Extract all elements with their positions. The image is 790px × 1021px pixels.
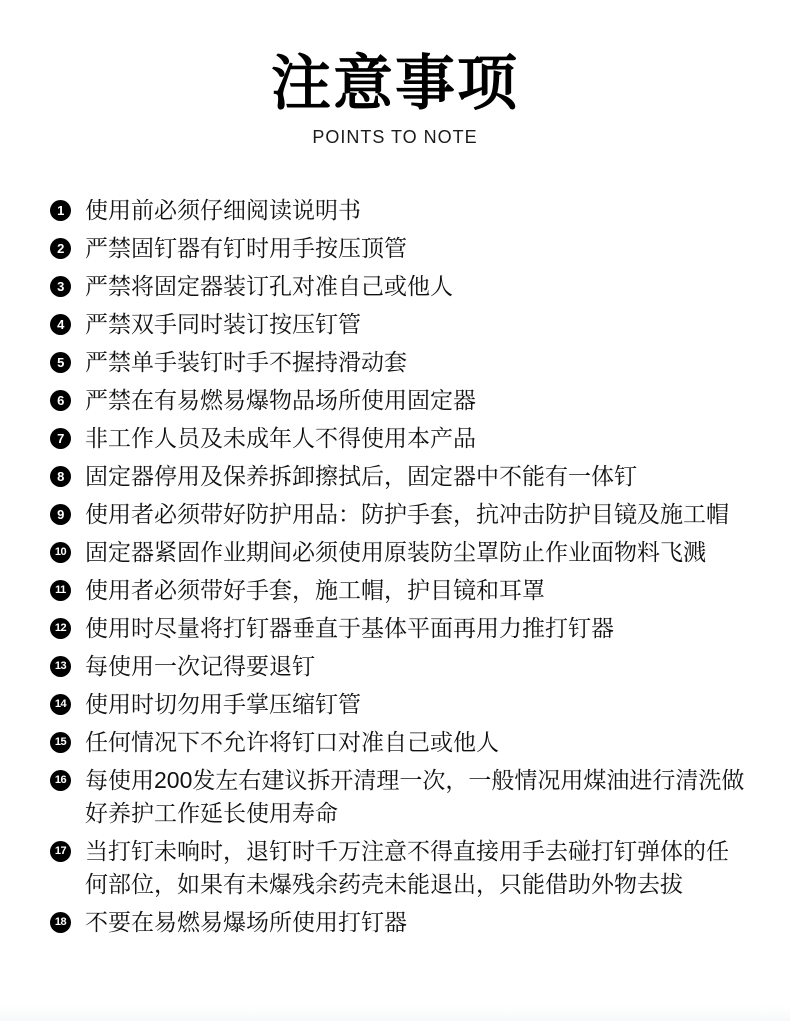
item-text: 非工作人员及未成年人不得使用本产品 bbox=[85, 422, 745, 455]
note-item: 1 使用前必须仔细阅读说明书 bbox=[50, 194, 745, 227]
item-text: 固定器紧固作业期间必须使用原装防尘罩防止作业面物料飞溅 bbox=[85, 536, 745, 569]
notice-page: 注意事项 POINTS TO NOTE 1 使用前必须仔细阅读说明书 2 严禁固… bbox=[0, 0, 790, 1021]
note-item: 13 每使用一次记得要退钉 bbox=[50, 650, 745, 683]
note-item: 16 每使用200发左右建议拆开清理一次，一般情况用煤油进行清洗做好养护工作延长… bbox=[50, 764, 745, 830]
item-text: 使用前必须仔细阅读说明书 bbox=[85, 194, 745, 227]
item-text: 严禁双手同时装订按压钉管 bbox=[85, 308, 745, 341]
item-text: 严禁在有易燃易爆物品场所使用固定器 bbox=[85, 384, 745, 417]
item-number-badge: 18 bbox=[50, 912, 71, 933]
note-item: 6 严禁在有易燃易爆物品场所使用固定器 bbox=[50, 384, 745, 417]
item-text: 每使用一次记得要退钉 bbox=[85, 650, 745, 683]
item-text: 严禁将固定器装订孔对准自己或他人 bbox=[85, 270, 745, 303]
item-number-badge: 1 bbox=[50, 200, 71, 221]
note-item: 15 任何情况下不允许将钉口对准自己或他人 bbox=[50, 726, 745, 759]
note-item: 3 严禁将固定器装订孔对准自己或他人 bbox=[50, 270, 745, 303]
page-title: 注意事项 bbox=[0, 48, 790, 120]
item-number-badge: 3 bbox=[50, 276, 71, 297]
item-text: 每使用200发左右建议拆开清理一次，一般情况用煤油进行清洗做好养护工作延长使用寿… bbox=[85, 764, 745, 830]
item-number-badge: 11 bbox=[50, 580, 71, 601]
item-text: 严禁固钉器有钉时用手按压顶管 bbox=[85, 232, 745, 265]
item-number-badge: 9 bbox=[50, 504, 71, 525]
item-number-badge: 8 bbox=[50, 466, 71, 487]
item-number-badge: 6 bbox=[50, 390, 71, 411]
item-text: 当打钉未响时，退钉时千万注意不得直接用手去碰打钉弹体的任何部位，如果有未爆残余药… bbox=[85, 835, 745, 901]
item-text: 使用者必须带好手套，施工帽，护目镜和耳罩 bbox=[85, 574, 745, 607]
item-number-badge: 13 bbox=[50, 656, 71, 677]
note-item: 14 使用时切勿用手掌压缩钉管 bbox=[50, 688, 745, 721]
note-item: 18 不要在易燃易爆场所使用打钉器 bbox=[50, 906, 745, 939]
item-number-badge: 7 bbox=[50, 428, 71, 449]
item-text: 固定器停用及保养拆卸擦拭后，固定器中不能有一体钉 bbox=[85, 460, 745, 493]
page-subtitle: POINTS TO NOTE bbox=[0, 126, 790, 148]
note-item: 17 当打钉未响时，退钉时千万注意不得直接用手去碰打钉弹体的任何部位，如果有未爆… bbox=[50, 835, 745, 901]
item-number-badge: 15 bbox=[50, 732, 71, 753]
note-item: 8 固定器停用及保养拆卸擦拭后，固定器中不能有一体钉 bbox=[50, 460, 745, 493]
page-header: 注意事项 POINTS TO NOTE bbox=[0, 48, 790, 148]
item-number-badge: 2 bbox=[50, 238, 71, 259]
item-number-badge: 16 bbox=[50, 770, 71, 791]
note-list: 1 使用前必须仔细阅读说明书 2 严禁固钉器有钉时用手按压顶管 3 严禁将固定器… bbox=[0, 194, 790, 939]
note-item: 10 固定器紧固作业期间必须使用原装防尘罩防止作业面物料飞溅 bbox=[50, 536, 745, 569]
item-number-badge: 17 bbox=[50, 841, 71, 862]
item-text: 使用者必须带好防护用品：防护手套，抗冲击防护目镜及施工帽 bbox=[85, 498, 745, 531]
item-number-badge: 5 bbox=[50, 352, 71, 373]
note-item: 5 严禁单手装钉时手不握持滑动套 bbox=[50, 346, 745, 379]
note-item: 9 使用者必须带好防护用品：防护手套，抗冲击防护目镜及施工帽 bbox=[50, 498, 745, 531]
note-item: 12 使用时尽量将打钉器垂直于基体平面再用力推打钉器 bbox=[50, 612, 745, 645]
note-item: 4 严禁双手同时装订按压钉管 bbox=[50, 308, 745, 341]
item-number-badge: 12 bbox=[50, 618, 71, 639]
item-text: 使用时尽量将打钉器垂直于基体平面再用力推打钉器 bbox=[85, 612, 745, 645]
item-number-badge: 4 bbox=[50, 314, 71, 335]
item-number-badge: 14 bbox=[50, 694, 71, 715]
item-text: 任何情况下不允许将钉口对准自己或他人 bbox=[85, 726, 745, 759]
item-number-badge: 10 bbox=[50, 542, 71, 563]
note-item: 7 非工作人员及未成年人不得使用本产品 bbox=[50, 422, 745, 455]
note-item: 2 严禁固钉器有钉时用手按压顶管 bbox=[50, 232, 745, 265]
note-item: 11 使用者必须带好手套，施工帽，护目镜和耳罩 bbox=[50, 574, 745, 607]
item-text: 不要在易燃易爆场所使用打钉器 bbox=[85, 906, 745, 939]
item-text: 使用时切勿用手掌压缩钉管 bbox=[85, 688, 745, 721]
item-text: 严禁单手装钉时手不握持滑动套 bbox=[85, 346, 745, 379]
